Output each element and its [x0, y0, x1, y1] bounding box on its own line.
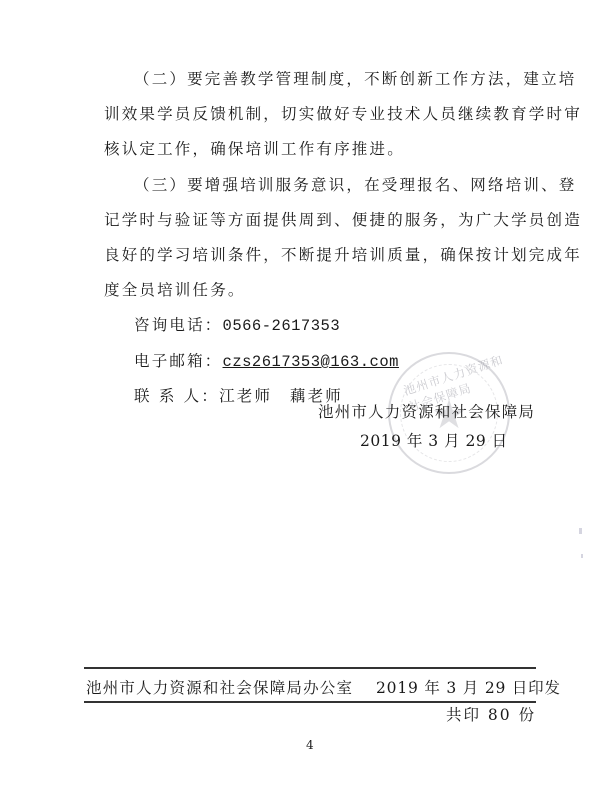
paragraph-line: 训效果学员反馈机制，切实做好专业技术人员继续教育学时审	[104, 104, 582, 124]
phone-row: 咨询电话：0566-2617353	[134, 315, 340, 336]
email-value: czs2617353@163.com	[223, 353, 399, 371]
paragraph-line: 良好的学习培训条件，不断提升培训质量，确保按计划完成年	[104, 245, 582, 265]
paragraph-line: 度全员培训任务。	[104, 280, 246, 300]
phone-label: 咨询电话：	[134, 316, 223, 334]
contact-person-label: 联 系 人：	[134, 387, 219, 405]
scan-artifact	[579, 528, 582, 534]
email-label: 电子邮箱：	[134, 352, 223, 370]
paragraph-line: 核认定工作，确保培训工作有序推进。	[104, 139, 405, 159]
footer-top-rule	[84, 667, 536, 669]
signature-organization: 池州市人力资源和社会保障局	[318, 402, 535, 422]
footer-issuer: 池州市人力资源和社会保障局办公室	[86, 678, 353, 698]
paragraph-line: （二）要完善教学管理制度，不断创新工作方法，建立培	[134, 69, 577, 89]
footer-middle-rule	[84, 701, 536, 703]
contact-person-row: 联 系 人：江老师 藕老师	[134, 386, 343, 406]
scan-artifact	[581, 554, 583, 558]
phone-value: 0566-2617353	[223, 317, 341, 335]
page-number: 4	[306, 735, 314, 755]
footer-issue-date: 2019 年 3 月 29 日印发	[376, 678, 561, 698]
email-row: 电子邮箱：czs2617353@163.com	[134, 351, 399, 372]
paragraph-line: 记学时与验证等方面提供周到、便捷的服务，为广大学员创造	[104, 210, 582, 230]
signature-date: 2019 年 3 月 29 日	[360, 431, 508, 451]
paragraph-line: （三）要增强培训服务意识，在受理报名、网络培训、登	[134, 175, 577, 195]
footer-copies: 共印 80 份	[446, 705, 536, 725]
